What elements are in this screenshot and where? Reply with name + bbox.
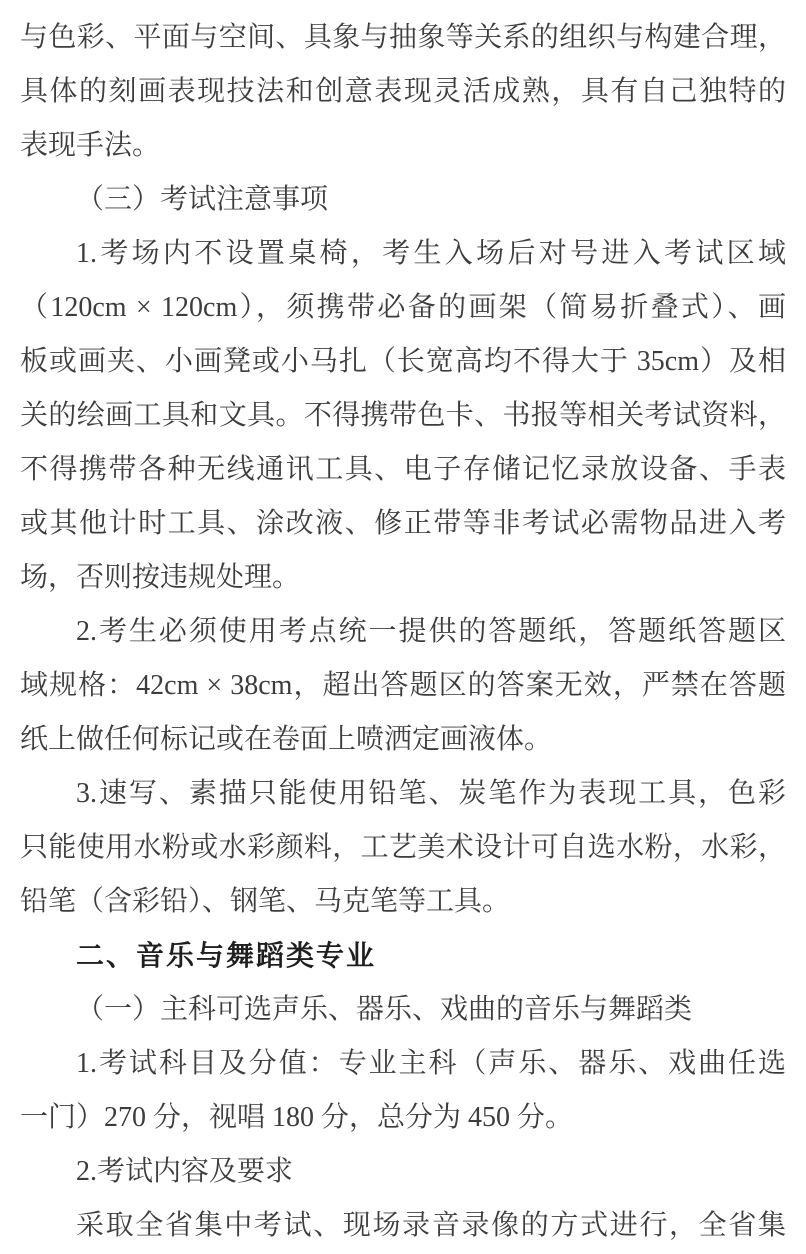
document-page: 与色彩、平面与空间、具象与抽象等关系的组织与构建合理，具体的刻画表现技法和创意表… [0,0,806,1254]
section-heading: 二、音乐与舞蹈类专业 [20,929,786,983]
text-line: 2.考生必须使用考点统一提供的答题纸，答题纸答题区 [20,605,786,659]
text-line: 纸上做任何标记或在卷面上喷洒定画液体。 [20,713,786,767]
text-line: 一门）270 分，视唱 180 分，总分为 450 分。 [20,1091,786,1145]
text-line: 表现手法。 [20,119,786,173]
text-line: 3.速写、素描只能使用铅笔、炭笔作为表现工具，色彩 [20,767,786,821]
text-line: 具体的刻画表现技法和创意表现灵活成熟，具有自己独特的 [20,65,786,119]
text-line: 只能使用水粉或水彩颜料，工艺美术设计可自选水粉，水彩， [20,821,786,875]
text-line: 2.考试内容及要求 [20,1145,786,1199]
text-line: 场，否则按违规处理。 [20,551,786,605]
text-line: （120cm × 120cm），须携带必备的画架（简易折叠式）、画 [20,281,786,335]
text-line: 或其他计时工具、涂改液、修正带等非考试必需物品进入考 [20,497,786,551]
text-line: 与色彩、平面与空间、具象与抽象等关系的组织与构建合理， [20,11,786,65]
text-line: 不得携带各种无线通讯工具、电子存储记忆录放设备、手表 [20,443,786,497]
text-line: 1.考试科目及分值：专业主科（声乐、器乐、戏曲任选 [20,1037,786,1091]
text-line: （三）考试注意事项 [20,173,786,227]
text-line: 1.考场内不设置桌椅，考生入场后对号进入考试区域 [20,227,786,281]
text-line: （一）主科可选声乐、器乐、戏曲的音乐与舞蹈类 [20,983,786,1037]
text-line: 域规格：42cm × 38cm，超出答题区的答案无效，严禁在答题 [20,659,786,713]
text-line: 关的绘画工具和文具。不得携带色卡、书报等相关考试资料， [20,389,786,443]
text-line: 板或画夹、小画凳或小马扎（长宽高均不得大于 35cm）及相 [20,335,786,389]
text-line: 铅笔（含彩铅）、钢笔、马克笔等工具。 [20,875,786,929]
text-line: 采取全省集中考试、现场录音录像的方式进行，全省集 [20,1199,786,1253]
